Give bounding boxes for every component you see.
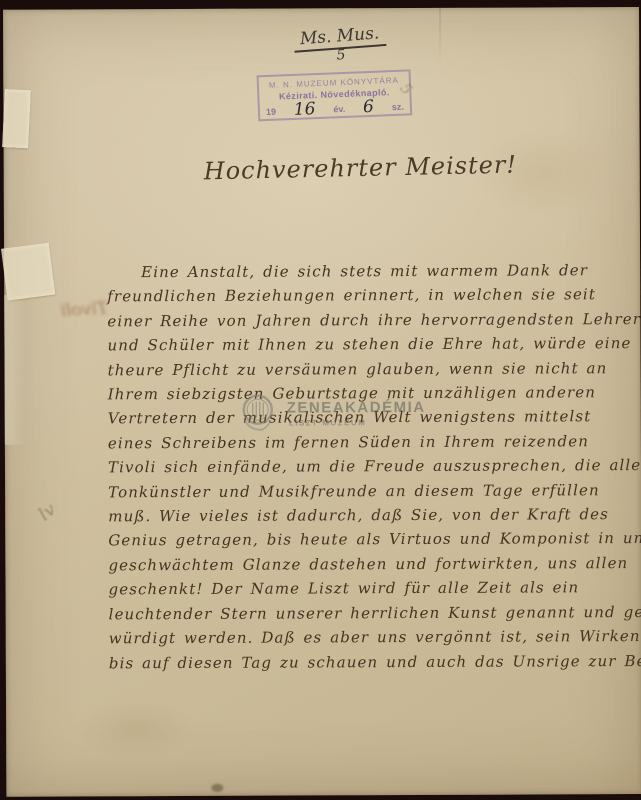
tape-remnant: [2, 89, 31, 148]
paper-stain: [211, 784, 223, 792]
letter-body: Eine Anstalt, die sich stets mit warmem …: [107, 258, 584, 675]
letter-line: geschenkt! Der Name Liszt wird für alle …: [108, 576, 583, 602]
paper-stain: [76, 699, 196, 760]
scanned-letter-photo: Tivoli lv Ms. Mus. 5 M. N. MUZEUM KÖNYVT…: [0, 0, 641, 800]
letter-line: Genius getragen, bis heute als Virtuos u…: [108, 527, 583, 553]
library-accession-stamp: M. N. MUZEUM KÖNYVTÁRA Kézirati. Növedék…: [257, 69, 413, 121]
letter-sheet: Tivoli lv Ms. Mus. 5 M. N. MUZEUM KÖNYVT…: [3, 7, 641, 797]
letter-line: theure Pflicht zu versäumen glauben, wen…: [108, 356, 583, 382]
letter-line: bis auf diesen Tag zu schauen und auch d…: [109, 649, 584, 675]
pencil-annotation: lv: [34, 499, 60, 525]
tape-remnant: [1, 243, 55, 301]
letter-line: Eine Anstalt, die sich stets mit warmem …: [107, 258, 582, 284]
letter-line: würdigt werden. Daß es aber uns vergönnt…: [109, 624, 584, 650]
letter-salutation: Hochverehrter Meister!: [203, 151, 484, 185]
stamp-year-handwritten: 16: [294, 103, 316, 116]
museum-watermark: ZENEAKADÉMIA LISZT MÚZEUM: [237, 390, 467, 439]
letter-line: einer Reihe von Jahren durch ihre hervor…: [107, 307, 582, 333]
watermark-title: ZENEAKADÉMIA: [287, 399, 426, 417]
stamp-number-handwritten: 6: [363, 101, 374, 113]
letter-line: Tivoli sich einfände, um die Freude ausz…: [108, 453, 583, 479]
lyre-emblem-icon: [237, 391, 279, 435]
letter-line: muß. Wie vieles ist dadurch, daß Sie, vo…: [108, 502, 583, 528]
stamp-date-row: 19 16 év. 6 sz.: [264, 100, 406, 118]
paper-crease: [439, 8, 441, 66]
watermark-subtitle: LISZT MÚZEUM: [289, 418, 367, 427]
letter-line: Tonkünstler und Musikfreunde an diesem T…: [108, 478, 583, 504]
letter-line: leuchtender Stern unserer herrlichen Kun…: [109, 600, 584, 626]
ink-bleed-through: Tivoli: [0, 298, 109, 338]
stamp-year-prefix: 19: [266, 107, 276, 117]
stamp-number-suffix: sz.: [392, 102, 404, 112]
letter-line: geschwächtem Glanze dastehen und fortwir…: [108, 551, 583, 577]
letter-line: und Schüler mit Ihnen zu stehen die Ehre…: [107, 331, 582, 357]
letter-line: freundlichen Beziehungen erinnert, in we…: [107, 283, 582, 309]
archival-shelfmark: Ms. Mus. 5: [284, 22, 396, 66]
stamp-year-suffix: év.: [333, 104, 345, 114]
